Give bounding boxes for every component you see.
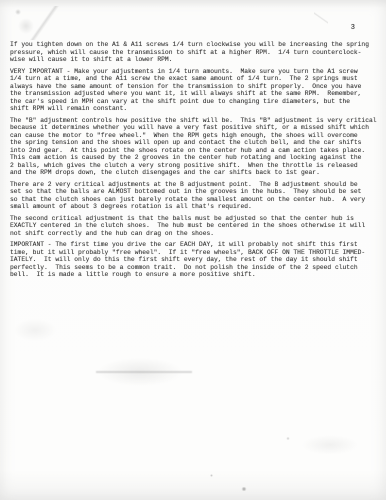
scan-smudge: [96, 371, 192, 373]
scan-smudge: [286, 437, 290, 440]
page-number: 3: [351, 24, 355, 32]
paragraph-second-critical-adjustment: The second critical adjustment is that t…: [10, 215, 382, 238]
scanned-page: 3 If you tighten down on the A1 & A11 sc…: [0, 0, 386, 500]
paragraph-important-daily: IMPORTANT - The first time you drive the…: [10, 241, 382, 279]
paragraph-spring-adjustment: If you tighten down on the A1 & A11 scre…: [10, 41, 382, 64]
scan-artifact: [314, 10, 328, 26]
scan-smudge: [241, 487, 247, 491]
paragraph-very-important: VERY IMPORTANT - Make your adjustments i…: [10, 68, 382, 113]
paragraph-critical-adjustments: There are 2 very critical adjustments at…: [10, 181, 382, 211]
scan-smudge: [210, 474, 213, 477]
pencil-mark: [14, 6, 76, 40]
paragraph-b-adjustment: The "B" adjustment controls how positive…: [10, 117, 382, 177]
document-body: If you tighten down on the A1 & A11 scre…: [10, 41, 382, 283]
